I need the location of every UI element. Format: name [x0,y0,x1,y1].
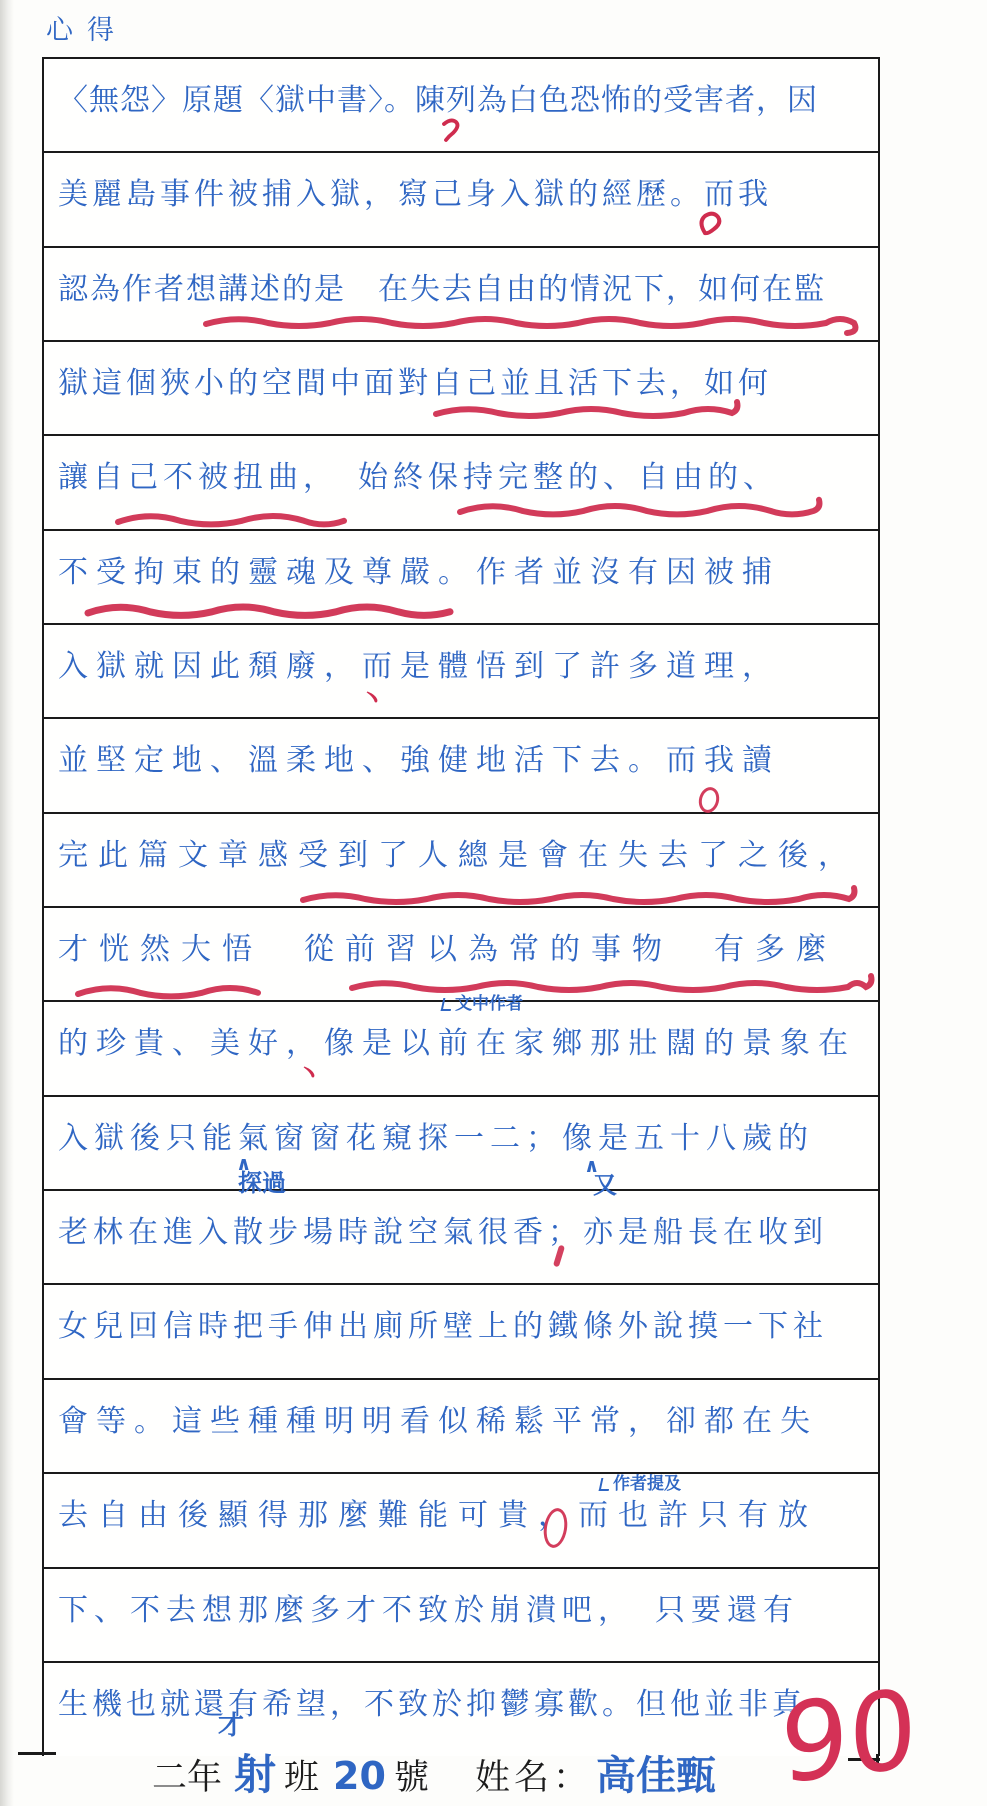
essay-row-16: 去自由後顯得那麼難能可貴，而也許只有放 作者提及 [44,1474,878,1568]
essay-row-17: 下、不去想那麼多才不致於崩潰吧， 只要還有 [44,1569,878,1663]
essay-line: 女兒回信時把手伸出廁所壁上的鐵條外說摸一下社 [58,1301,828,1345]
number-label: 號 [394,1750,429,1800]
essay-row-10: 才恍然大悟 從前習以為常的事物 有多麼 [44,908,878,1002]
essay-line: 去自由後顯得那麼難能可貴，而也許只有放 [58,1490,818,1534]
red-wavy-underline [74,978,266,1004]
essay-line: 會等。這些種種明明看似稀鬆平常，卻都在失 [58,1396,818,1440]
essay-line: 入獄後只能氣窗窗花窺探一二；像是五十八歲的 [58,1113,814,1157]
essay-row-2: 美麗島事件被捕入獄，寫己身入獄的經歷。而我 [44,153,878,247]
class-label: 班 [284,1750,319,1800]
essay-row-7: 入獄就因此頹廢，而是體悟到了許多道理， 丶 [44,625,878,719]
essay-row-9: 完此篇文章感受到了人總是會在失去了之後， [44,814,878,908]
essay-row-8: 並堅定地、溫柔地、強健地活下去。而我讀 [44,719,878,813]
essay-line: 美麗島事件被捕入獄，寫己身入獄的經歷。而我 [58,169,772,213]
student-info-footer: 二年 射 班 20 號 姓名： 高佳甄 [152,1742,716,1802]
table-bottom-border-left [18,1752,56,1755]
essay-line: 下、不去想那麼多才不致於崩潰吧， 只要還有 [58,1585,799,1629]
essay-line: 認為作者想講述的是 在失去自由的情況下，如何在監 [58,264,826,308]
essay-line: 老林在進入散步場時說空氣很香；亦是船長在收到 [58,1207,828,1251]
name-label: 姓名： [475,1750,592,1800]
insertion-caret-icon: ∧ [584,1157,599,1176]
essay-line: 入獄就因此頹廢，而是體悟到了許多道理， [58,641,780,685]
essay-row-14: 女兒回信時把手伸出廁所壁上的鐵條外說摸一下社 [44,1285,878,1379]
essay-row-1: 〈無怨〉原題〈獄中書〉。陳列為白色恐怖的受害者，因 [44,59,878,153]
essay-row-15: 會等。這些種種明明看似稀鬆平常，卻都在失 [44,1380,878,1474]
essay-row-11: 的珍貴、美好，像是以前在家鄉那壯闊的景象在 文中作者 丶 [44,1002,878,1096]
red-loop-mark-icon [696,209,724,239]
red-comma-mark-icon: 丶 [296,1062,322,1088]
name-value: 高佳甄 [596,1744,716,1801]
essay-line: 才恍然大悟 從前習以為常的事物 有多麼 [58,924,837,968]
essay-line: 讓自己不被扭曲， 始終保持完整的、自由的、 [58,452,778,496]
red-wavy-underline [114,506,352,532]
essay-row-12: 入獄後只能氣窗窗花窺探一二；像是五十八歲的 ∧ 探過 ∧ 又 [44,1097,878,1191]
red-comma-mark-icon: 丶 [359,687,385,713]
year-label: 二年 [152,1750,222,1800]
essay-grid: 〈無怨〉原題〈獄中書〉。陳列為白色恐怖的受害者，因 美麗島事件被捕入獄，寫己身入… [42,57,880,1756]
essay-row-13: 老林在進入散步場時說空氣很香；亦是船長在收到 [44,1191,878,1285]
insertion-caret-icon: ∧ [236,1155,251,1174]
red-wavy-underline [348,970,874,998]
essay-row-3: 認為作者想講述的是 在失去自由的情況下，如何在監 [44,248,878,342]
essay-row-4: 獄這個狹小的空間中面對自己並且活下去，如何 [44,342,878,436]
essay-line: 完此篇文章感受到了人總是會在失去了之後， [58,830,858,874]
essay-row-6: 不受拘束的靈魂及尊嚴。作者並沒有因被捕 [44,531,878,625]
red-wavy-underline [84,597,458,623]
red-wavy-underline [299,882,857,910]
red-wavy-underline [202,308,862,334]
red-circle-mark-icon [696,785,722,815]
essay-line: 獄這個狹小的空間中面對自己並且活下去，如何 [58,358,772,402]
essay-row-5: 讓自己不被扭曲， 始終保持完整的、自由的、 [44,436,878,530]
grade-value: 90 [780,1675,918,1800]
class-value: 射 [234,1742,276,1802]
scan-edge-shadow [0,0,14,1806]
essay-line: 〈無怨〉原題〈獄中書〉。陳列為白色恐怖的受害者，因 [58,75,818,119]
number-value: 20 [333,1754,386,1798]
essay-line: 不受拘束的靈魂及尊嚴。作者並沒有因被捕 [58,547,780,591]
essay-line: 的珍貴、美好，像是以前在家鄉那壯闊的景象在 [58,1018,856,1062]
red-hook-mark-icon [441,117,461,143]
page-title: 心得 [46,8,128,47]
red-wavy-underline [456,494,822,522]
essay-line: 生機也就還有希望，不致於抑鬱寡歡。但他並非真 [58,1679,806,1723]
essay-line: 並堅定地、溫柔地、強健地活下去。而我讀 [58,735,780,779]
